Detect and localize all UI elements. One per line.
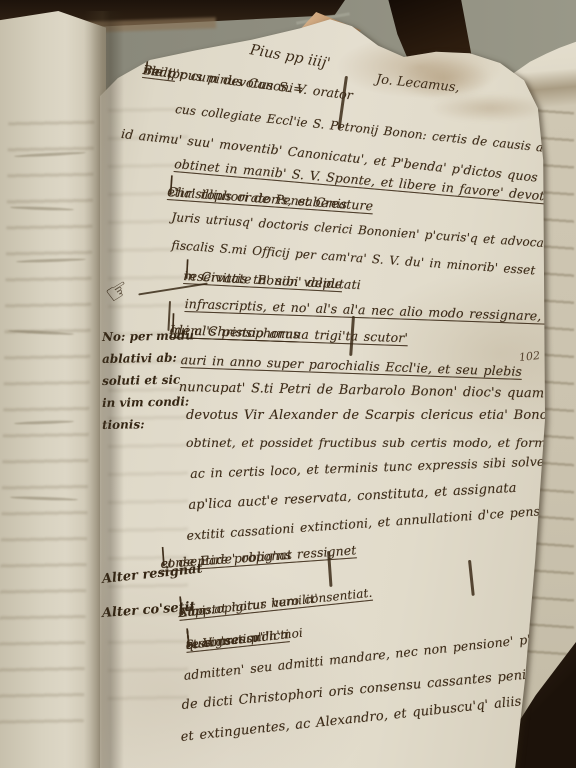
underlined-text: cui al's pensio annua trigi'ta scutor' (169, 322, 408, 345)
text-segment: Philippus pinus Canoni= (142, 62, 304, 97)
text-segment: devotus Vir Alexander de Scarpis clericu… (186, 408, 560, 423)
margin-note-nota-line: soluti et sic (102, 373, 181, 388)
margin-note-nota-line: No: per modu' (102, 328, 198, 344)
manuscript-photo: Pius pp iiij' Jo. Lecamus, Beat'me p'r c… (0, 0, 576, 768)
folio-number: 102 (518, 349, 540, 364)
text-segment: nuncupat' S.ti Petri de Barbarolo Bonon'… (179, 380, 545, 401)
text-segment: et consensu' h'moi (185, 626, 303, 652)
text-segment: ac in certis loco, et terminis tunc expr… (190, 453, 568, 481)
text-segment: Christophori de Pensabenis (167, 184, 348, 212)
manuscript-page: Pius pp iiij' Jo. Lecamus, Beat'me p'r c… (100, 14, 545, 768)
margin-note-nota-line: ablativi ab: (102, 351, 177, 366)
underlined-text: infrascriptis, et no' al's al'a nec alio… (184, 296, 559, 324)
text-segment: obtinet, et possidet fructibus sub certi… (186, 435, 554, 450)
underlined-text: auri in anno super parochialis Eccl'ie, … (180, 352, 522, 379)
main-page-wrap: Pius pp iiij' Jo. Lecamus, Beat'me p'r c… (0, 0, 576, 768)
margin-note-nota-line: in vim condi: (102, 394, 190, 410)
text-layer: Beat'me p'r cum devotus S. V. orator | P… (100, 14, 545, 768)
margin-note-nota-line: tionis: (102, 417, 145, 432)
underlined-text: reservatis tn' sibi valide (183, 268, 343, 291)
